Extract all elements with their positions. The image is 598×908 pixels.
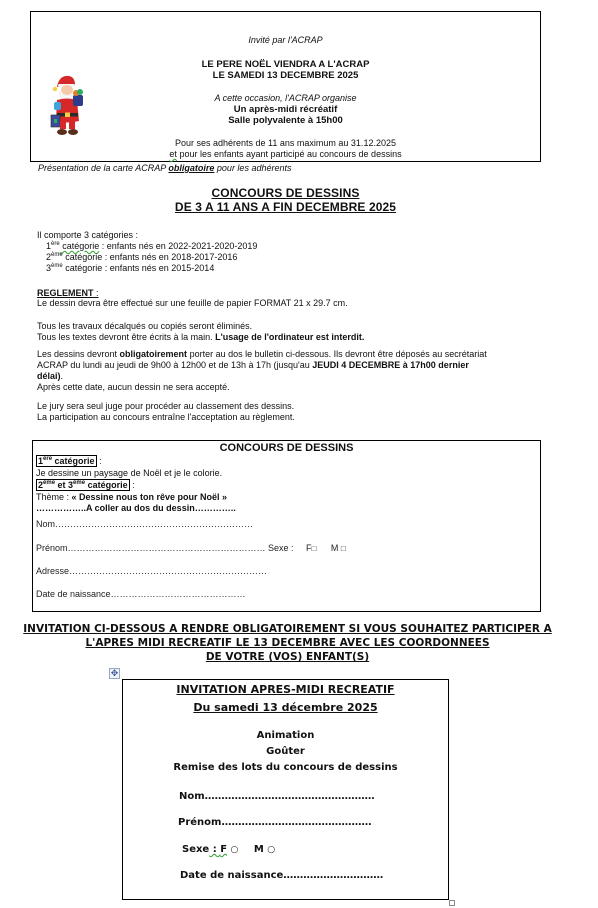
entry-cat23-mid: et 3: [55, 480, 73, 490]
rule-handwritten-bold: L'usage de l'ordinateur est interdit.: [215, 332, 364, 342]
entry-field-adresse[interactable]: Adresse…………………………………………………………: [36, 566, 267, 577]
audience-line2: et pour les enfants ayant participé au c…: [31, 149, 540, 160]
entry-cat1-label: catégorie: [52, 456, 95, 466]
entry-cat23-box: 2ème et 3ème catégorie: [36, 479, 130, 491]
card-notice: Présentation de la carte ACRAP obligatoi…: [38, 163, 291, 174]
santa-claus-icon: [49, 73, 89, 139]
entry-cat1-colon: :: [97, 456, 102, 466]
category-2-sep: :: [102, 252, 110, 262]
category-1-label: catégorie: [60, 241, 100, 251]
occasion-text: A cette occasion, l'ACRAP organise: [31, 93, 540, 104]
rule-deposit-deadline: JEUDI 4 DECEMBRE à 17h00 dernier: [312, 360, 469, 370]
entry-theme-value: « Dessine nous ton rêve pour Noël »: [72, 492, 228, 502]
entry-cat23-colon: :: [130, 480, 135, 490]
contest-title-line1: CONCOURS DE DESSINS: [30, 186, 541, 200]
rule-after-date: Après cette date, aucun dessin ne sera a…: [37, 382, 230, 393]
entry-sexe-f-checkbox[interactable]: □: [312, 544, 317, 553]
entry-form-box: CONCOURS DE DESSINS 1ère catégorie : Je …: [32, 440, 541, 612]
entry-cat23-sup-b: ème: [73, 480, 85, 486]
rule-deposit-3: délai).: [37, 371, 63, 382]
entry-field-nom[interactable]: Nom…………………………………………………………: [36, 519, 253, 530]
rule-deposit-b: porter au dos le bulletin ci-dessous. Il…: [187, 349, 487, 359]
invitation-sexe-f-label: F: [220, 844, 227, 855]
rule-deposit-a: Les dessins devront: [37, 349, 120, 359]
rule-jury: Le jury sera seul juge pour procéder au …: [37, 401, 294, 412]
category-2-sup: ème: [51, 252, 63, 258]
invitation-field-nom[interactable]: Nom……………………………………………: [179, 790, 375, 803]
program-item-gouter: Goûter: [123, 744, 448, 760]
invitation-sexe-label: Sexe: [182, 844, 209, 855]
table-resize-handle[interactable]: [449, 900, 455, 906]
audience-line2-first: et: [169, 149, 177, 159]
table-move-handle-icon[interactable]: ✥: [109, 668, 120, 679]
invitation-sexe-m-radio[interactable]: ○: [267, 845, 275, 855]
rule-acceptance: La participation au concours entraîne l'…: [37, 412, 295, 423]
invitation-title-line2: Du samedi 13 décembre 2025: [123, 700, 448, 716]
header-box: Invité par l'ACRAP LE PERE NOËL VIENDRA …: [30, 11, 541, 162]
invited-by: Invité par l'ACRAP: [31, 35, 540, 46]
entry-cat23-label: catégorie: [85, 480, 128, 490]
invitation-notice-line2: L'APRES MIDI RECREATIF LE 13 DECEMBRE AV…: [0, 636, 575, 650]
category-1-sup: ère: [51, 241, 60, 247]
rule-deposit-1: Les dessins devront obligatoirement port…: [37, 349, 547, 360]
category-1-desc: enfants nés en 2022-2021-2020-2019: [107, 241, 258, 251]
invitation-form-box: INVITATION APRES-MIDI RECREATIF Du samed…: [122, 679, 449, 900]
card-notice-after: pour les adhérents: [214, 163, 291, 173]
card-notice-before: Présentation de la carte ACRAP: [38, 163, 168, 173]
invitation-title-line1: INVITATION APRES-MIDI RECREATIF: [123, 682, 448, 698]
invitation-sexe-m-label: M: [254, 844, 264, 855]
program-item-prizes: Remise des lots du concours de dessins: [123, 760, 448, 776]
category-1: 1ère catégorie : enfants nés en 2022-202…: [46, 241, 257, 252]
rule-format: Le dessin devra être effectué sur une fe…: [37, 298, 348, 309]
entry-cat1-heading: 1ère catégorie :: [36, 456, 102, 467]
rule-deposit-bold: obligatoirement: [120, 349, 188, 359]
category-2-label: catégorie: [63, 252, 103, 262]
invitation-field-prenom[interactable]: Prénom………………………………………: [178, 816, 371, 829]
entry-field-date-naissance[interactable]: Date de naissance………………………………………: [36, 589, 246, 600]
category-3: 3ème catégorie : enfants nés en 2015-201…: [46, 263, 214, 274]
rules-colon: :: [94, 288, 99, 298]
contest-title-line2: DE 3 A 11 ANS A FIN DECEMBRE 2025: [30, 200, 541, 214]
invitation-sexe-row: Sexe : F ○ M ○: [182, 843, 275, 857]
audience-line2-rest: pour les enfants ayant participé au conc…: [177, 149, 402, 159]
category-3-label: catégorie: [63, 263, 103, 273]
entry-sexe-m-label: M: [331, 543, 339, 553]
rule-handwritten-text: Tous les textes devront être écrits à la…: [37, 332, 215, 342]
event-name: Un après-midi récréatif: [31, 104, 540, 115]
rule-copies: Tous les travaux décalqués ou copiés ser…: [37, 321, 252, 332]
entry-cat23-sup-a: ème: [43, 480, 55, 486]
entry-field-prenom-row: Prénom………………………………………………………… Sexe : F□ M…: [36, 543, 346, 554]
headline-line2: LE SAMEDI 13 DECEMBRE 2025: [31, 70, 540, 81]
program-item-animation: Animation: [123, 728, 448, 744]
headline-line1: LE PERE NOËL VIENDRA A L'ACRAP: [31, 59, 540, 70]
invitation-notice-line3: DE VOTRE (VOS) ENFANT(S): [0, 650, 575, 664]
entry-field-prenom[interactable]: Prénom…………………………………………………………: [36, 543, 266, 553]
entry-sexe-label: Sexe :: [266, 543, 294, 553]
entry-form-title: CONCOURS DE DESSINS: [33, 442, 540, 455]
entry-sexe-m-checkbox[interactable]: □: [341, 544, 346, 553]
event-venue: Salle polyvalente à 15h00: [31, 115, 540, 126]
invitation-sexe-f-radio[interactable]: ○: [231, 845, 239, 855]
entry-theme: Thème : « Dessine nous ton rêve pour Noë…: [36, 492, 227, 503]
entry-cat1-box: 1ère catégorie: [36, 455, 97, 467]
rules-title: REGLEMENT: [37, 288, 94, 298]
entry-cat1-theme: Je dessine un paysage de Noël et je le c…: [36, 468, 222, 479]
entry-paste-note: ……………..A coller au dos du dessin…………..: [36, 503, 236, 514]
invitation-notice-line1: INVITATION CI-DESSOUS A RENDRE OBLIGATOI…: [0, 622, 575, 636]
rule-deposit-c: ACRAP du lundi au jeudi de 9h00 à 12h00 …: [37, 360, 312, 370]
audience-line1: Pour ses adhérents de 11 ans maximum au …: [31, 138, 540, 149]
rule-deposit-2: ACRAP du lundi au jeudi de 9h00 à 12h00 …: [37, 360, 547, 371]
categories-intro: Il comporte 3 catégories :: [37, 230, 138, 241]
category-3-sup: ème: [51, 263, 63, 269]
rule-handwritten: Tous les textes devront être écrits à la…: [37, 332, 364, 343]
entry-theme-label: Thème :: [36, 492, 72, 502]
invitation-field-date-naissance[interactable]: Date de naissance…………………………: [180, 869, 383, 882]
category-3-desc: enfants nés en 2015-2014: [110, 263, 215, 273]
category-2-desc: enfants nés en 2018-2017-2016: [110, 252, 238, 262]
category-1-sep: :: [99, 241, 107, 251]
entry-cat23-heading: 2ème et 3ème catégorie :: [36, 480, 135, 491]
card-notice-emphasis: obligatoire: [168, 163, 214, 173]
invitation-sexe-colon: :: [209, 844, 220, 855]
rule-deposit-deadline2: délai): [37, 371, 61, 381]
category-3-sep: :: [102, 263, 110, 273]
rule-deposit-end: .: [61, 371, 64, 381]
category-2: 2ème catégorie : enfants nés en 2018-201…: [46, 252, 237, 263]
entry-cat1-sup: ère: [43, 456, 52, 462]
